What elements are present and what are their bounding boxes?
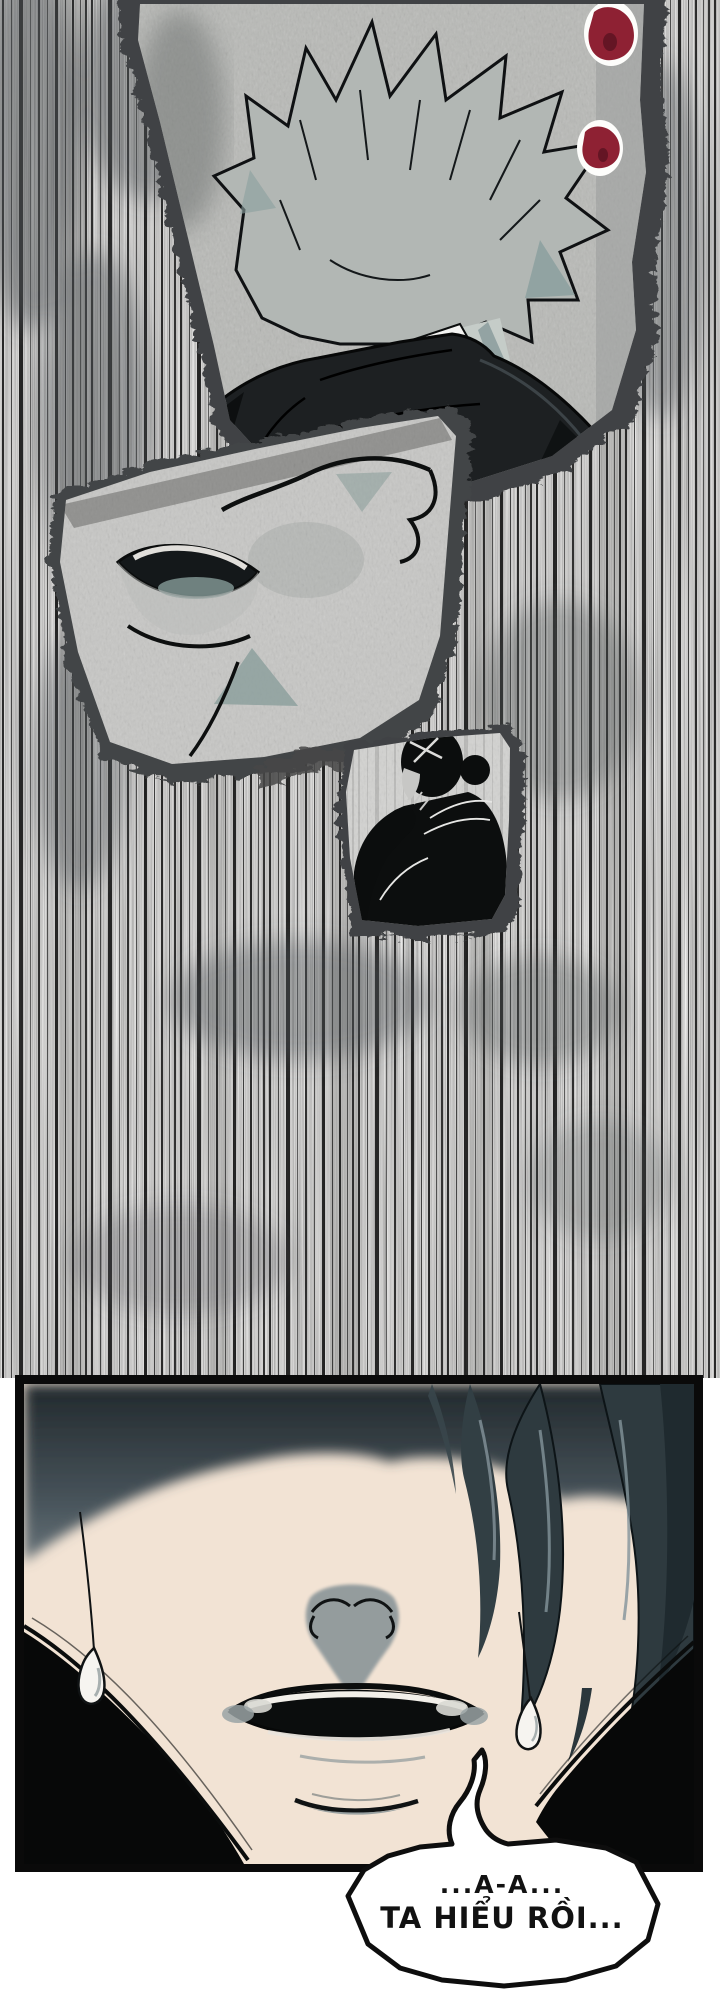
comic-art [0,0,720,2000]
panel-face [15,1375,703,1872]
speech-line-2: TA HIỂU RỒI... [352,1900,652,1936]
comic-page: ...A-A... TA HIỂU RỒI... [0,0,720,2000]
hair-bun [460,755,490,785]
speech-line-1: ...A-A... [352,1870,652,1900]
speech-bubble-text: ...A-A... TA HIỂU RỒI... [352,1870,652,1936]
